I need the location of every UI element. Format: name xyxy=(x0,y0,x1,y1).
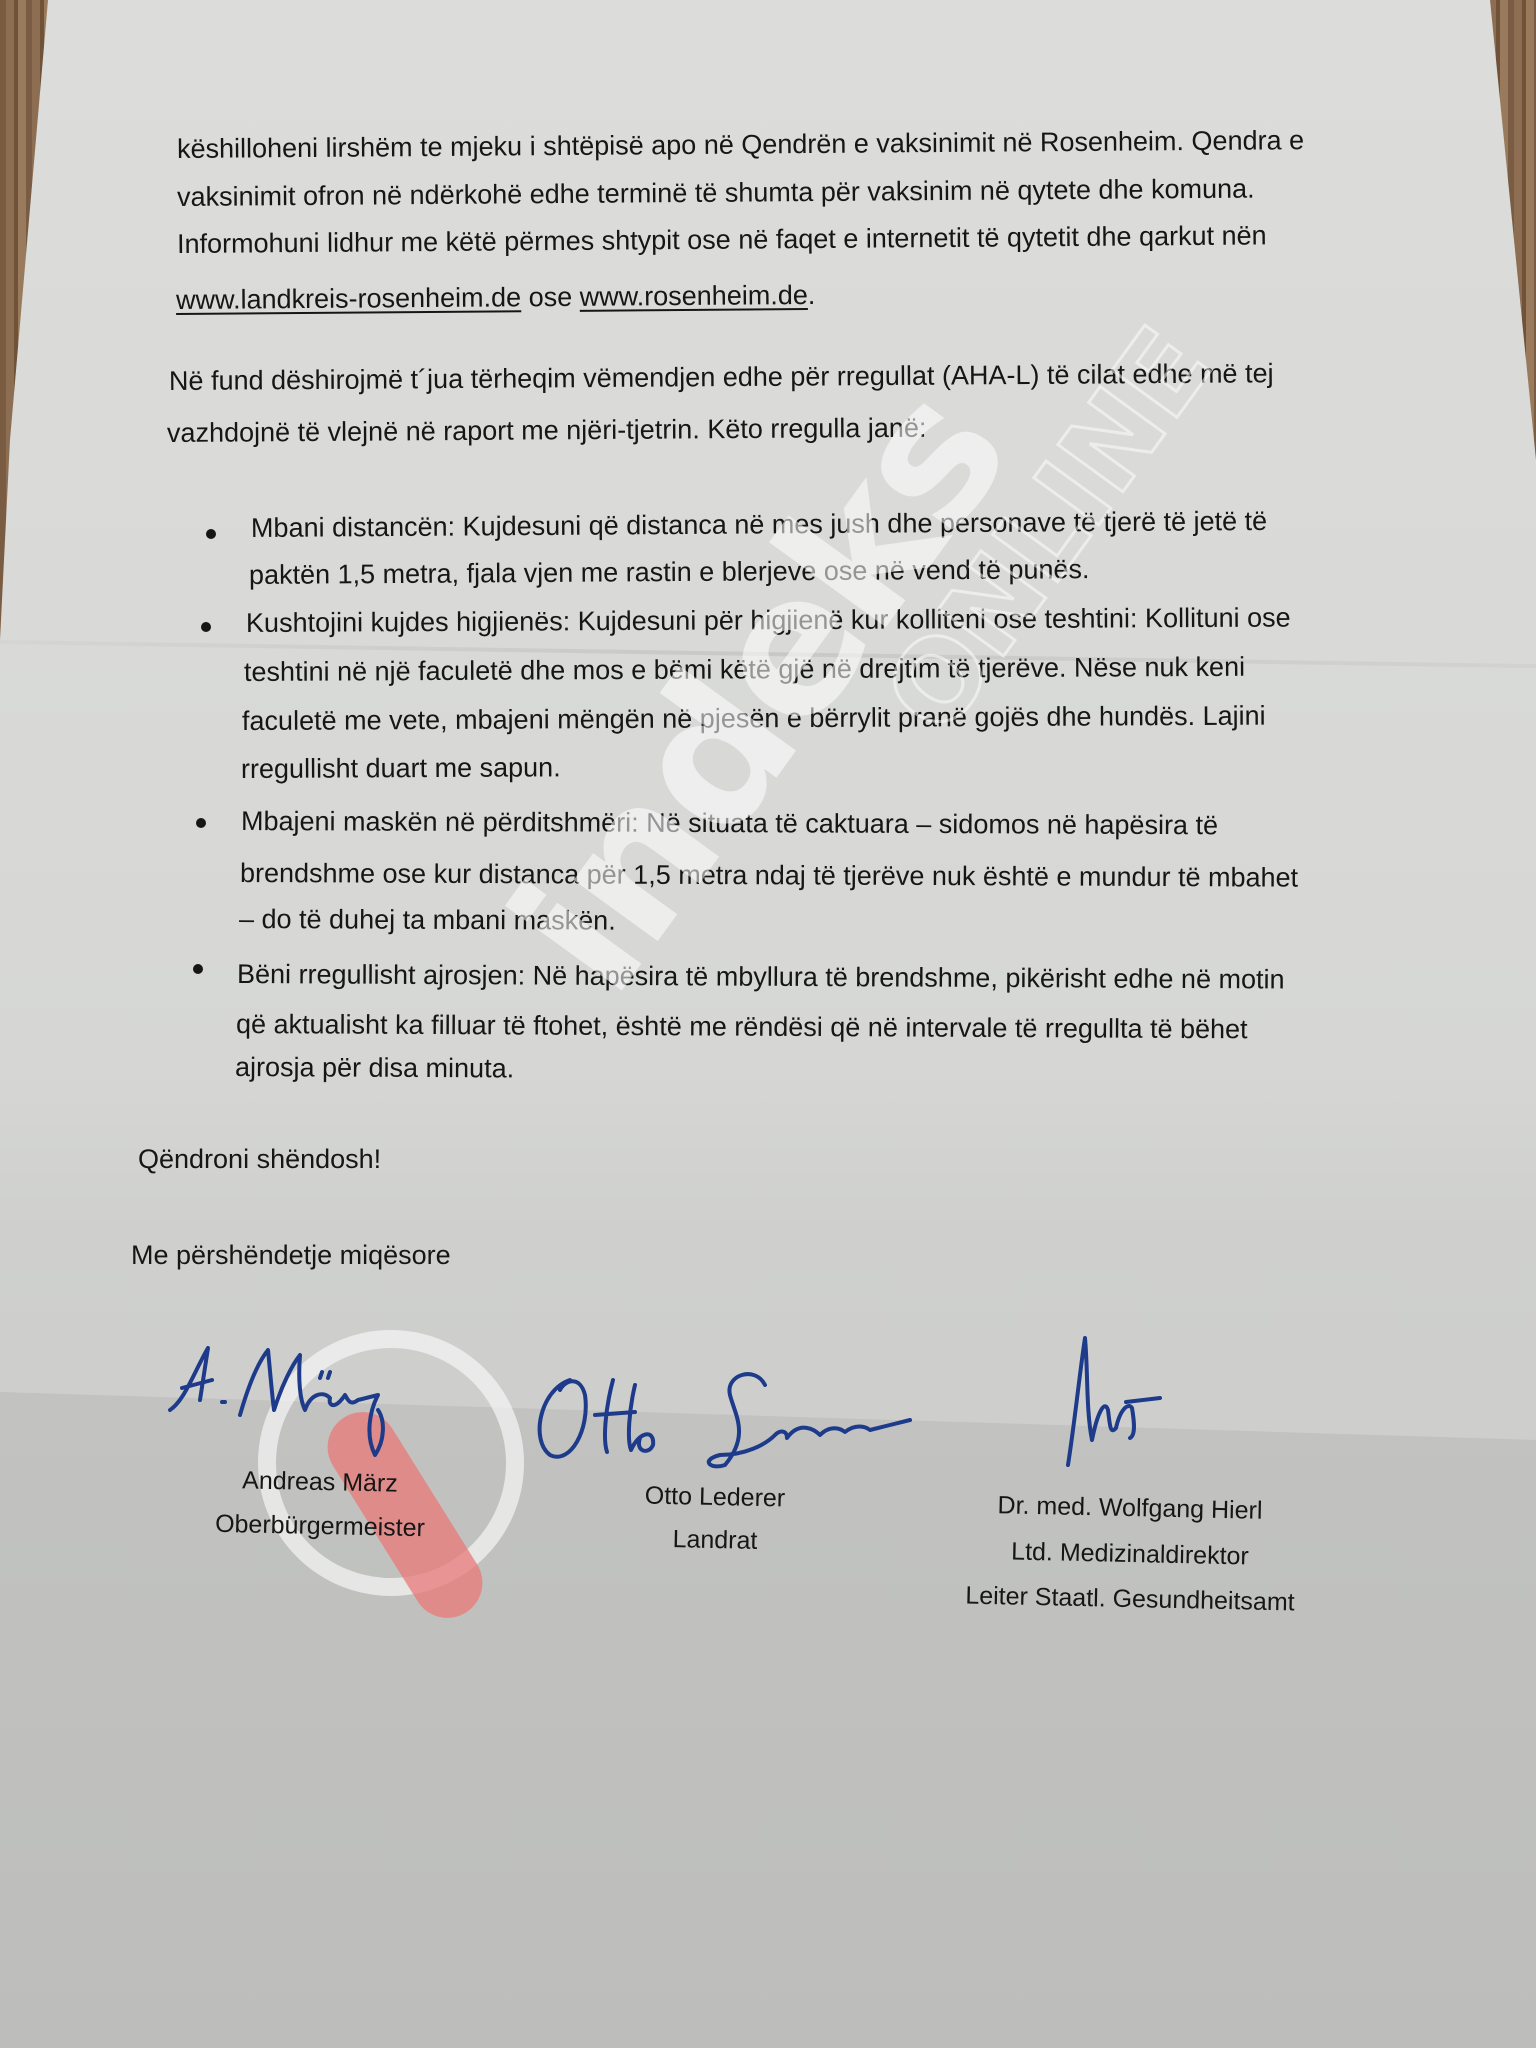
signature-lederer xyxy=(525,1360,915,1480)
bullet-icon xyxy=(193,964,203,974)
links-joiner: ose xyxy=(521,282,580,312)
bullet-icon xyxy=(206,529,216,539)
signatory-name: Andreas März xyxy=(220,1466,421,1499)
links-end: . xyxy=(808,280,816,310)
signatory-name: Otto Lederer xyxy=(615,1481,816,1514)
landkreis-rosenheim-link[interactable]: www.landkreis-rosenheim.de xyxy=(176,282,521,315)
rule-line: ajrosja për disa minuta. xyxy=(235,1054,514,1082)
rule-line: që aktualisht ka filluar të ftohet, ësht… xyxy=(236,1011,1248,1043)
signature-hierl xyxy=(1050,1330,1180,1480)
closing-line: Qëndroni shëndosh! xyxy=(138,1146,381,1173)
bullet-icon xyxy=(201,622,211,632)
rule-line: rregullisht duart me sapun. xyxy=(241,754,561,783)
signatory-title: Oberbürgermeister xyxy=(200,1509,441,1543)
links-line: www.landkreis-rosenheim.de ose www.rosen… xyxy=(176,282,816,314)
greeting-line: Me përshëndetje miqësore xyxy=(131,1242,451,1269)
rule-line: brendshme ose kur distanca për 1,5 metra… xyxy=(240,860,1298,892)
bullet-icon xyxy=(196,818,206,828)
rosenheim-link[interactable]: www.rosenheim.de xyxy=(580,280,808,312)
signatory-title: Landrat xyxy=(615,1524,816,1557)
signature-marz xyxy=(160,1340,420,1470)
rule-line: Bëni rregullisht ajrosjen: Në hapësira t… xyxy=(237,961,1285,993)
